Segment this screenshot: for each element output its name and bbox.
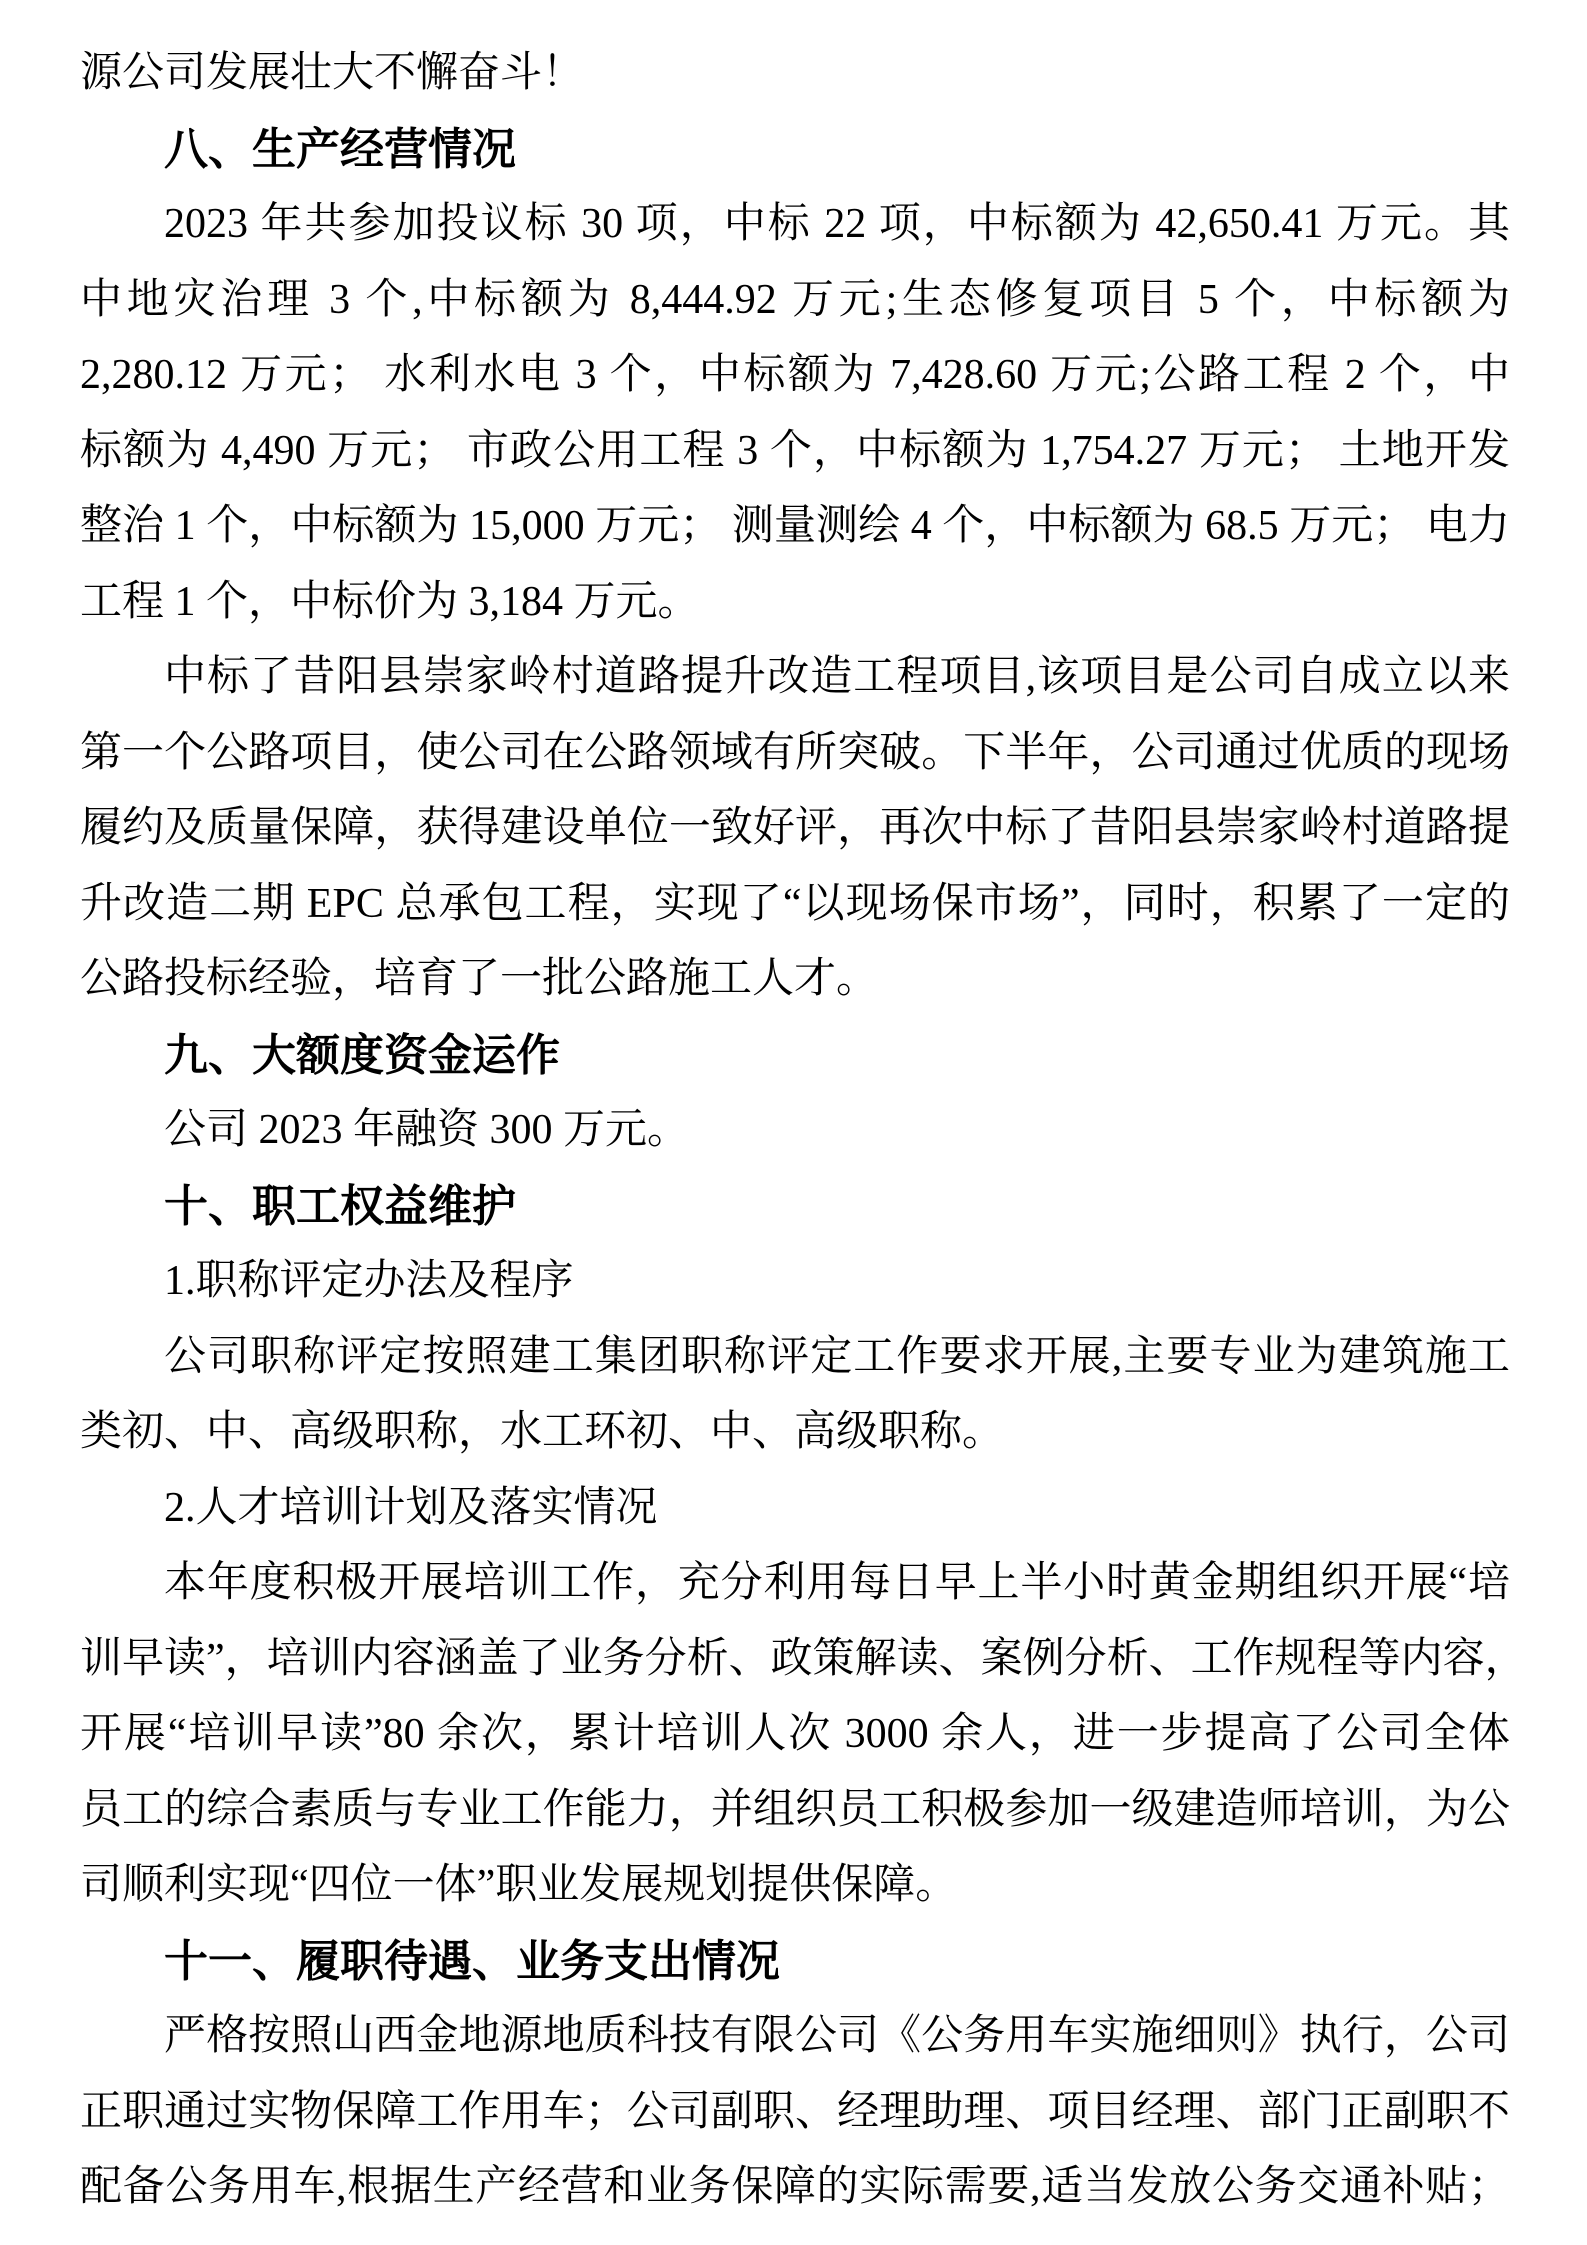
text-line: 第一个公路项目，使公司在公路领域有所突破。下半年，公司通过优质的现场 (80, 716, 1510, 792)
text-line: 2023 年共参加投议标 30 项，中标 22 项，中标额为 42,650.41… (80, 187, 1510, 263)
text-line: 履约及质量保障，获得建设单位一致好评，再次中标了昔阳县崇家岭村道路提 (80, 791, 1510, 867)
paragraph-title-evaluation-detail: 公司职称评定按照建工集团职称评定工作要求开展,主要专业为建筑施工 类初、中、高级… (80, 1320, 1510, 1471)
section-heading: 十、职工权益维护 (80, 1169, 1510, 1245)
text-line: 中地灾治理 3 个,中标额为 8,444.92 万元;生态修复项目 5 个，中标… (80, 263, 1510, 339)
text-line: 中标了昔阳县崇家岭村道路提升改造工程项目,该项目是公司自成立以来 (80, 640, 1510, 716)
paragraph-financing: 公司 2023 年融资 300 万元。 (80, 1093, 1510, 1169)
text-line: 2.人才培训计划及落实情况 (80, 1471, 1510, 1547)
subheading-talent-training: 2.人才培训计划及落实情况 (80, 1471, 1510, 1547)
section-heading: 十一、履职待遇、业务支出情况 (80, 1924, 1510, 2000)
text-line: 1.职称评定办法及程序 (80, 1244, 1510, 1320)
text-line: 升改造二期 EPC 总承包工程，实现了“以现场保市场”，同时，积累了一定的 (80, 867, 1510, 943)
text-line: 标额为 4,490 万元； 市政公用工程 3 个，中标额为 1,754.27 万… (80, 414, 1510, 490)
section-heading: 九、大额度资金运作 (80, 1018, 1510, 1094)
paragraph-bidding-results: 2023 年共参加投议标 30 项，中标 22 项，中标额为 42,650.41… (80, 187, 1510, 640)
text-line: 2,280.12 万元； 水利水电 3 个，中标额为 7,428.60 万元;公… (80, 338, 1510, 414)
text-line: 工程 1 个，中标价为 3,184 万元。 (80, 565, 1510, 641)
text-line: 类初、中、高级职称，水工环初、中、高级职称。 (80, 1395, 1510, 1471)
heading-section-10-employee-rights: 十、职工权益维护 (80, 1169, 1510, 1245)
text-block: 源公司发展壮大不懈奋斗！ 八、生产经营情况 2023 年共参加投议标 30 项，… (80, 36, 1510, 2226)
text-line: 开展“培训早读”80 余次，累计培训人次 3000 余人，进一步提高了公司全体 (80, 1697, 1510, 1773)
text-line: 源公司发展壮大不懈奋斗！ (80, 36, 1510, 112)
paragraph-continued-from-previous-page: 源公司发展壮大不懈奋斗！ (80, 36, 1510, 112)
subheading-title-evaluation: 1.职称评定办法及程序 (80, 1244, 1510, 1320)
text-line: 公司 2023 年融资 300 万元。 (80, 1093, 1510, 1169)
text-line: 配备公务用车,根据生产经营和业务保障的实际需要,适当发放公务交通补贴； (80, 2150, 1510, 2226)
text-line: 严格按照山西金地源地质科技有限公司《公务用车实施细则》执行，公司 (80, 1999, 1510, 2075)
text-line: 正职通过实物保障工作用车；公司副职、经理助理、项目经理、部门正副职不 (80, 2075, 1510, 2151)
paragraph-road-project: 中标了昔阳县崇家岭村道路提升改造工程项目,该项目是公司自成立以来 第一个公路项目… (80, 640, 1510, 1018)
text-line: 训早读”，培训内容涵盖了业务分析、政策解读、案例分析、工作规程等内容， (80, 1622, 1510, 1698)
section-heading: 八、生产经营情况 (80, 112, 1510, 188)
paragraph-official-vehicle-policy: 严格按照山西金地源地质科技有限公司《公务用车实施细则》执行，公司 正职通过实物保… (80, 1999, 1510, 2226)
text-line: 司顺利实现“四位一体”职业发展规划提供保障。 (80, 1848, 1510, 1924)
text-line: 员工的综合素质与专业工作能力，并组织员工积极参加一级建造师培训，为公 (80, 1773, 1510, 1849)
text-line: 公司职称评定按照建工集团职称评定工作要求开展,主要专业为建筑施工 (80, 1320, 1510, 1396)
paragraph-training-detail: 本年度积极开展培训工作，充分利用每日早上半小时黄金期组织开展“培 训早读”，培训… (80, 1546, 1510, 1924)
heading-section-9-large-fund-operation: 九、大额度资金运作 (80, 1018, 1510, 1094)
text-line: 本年度积极开展培训工作，充分利用每日早上半小时黄金期组织开展“培 (80, 1546, 1510, 1622)
text-line: 整治 1 个，中标额为 15,000 万元； 测量测绘 4 个，中标额为 68.… (80, 489, 1510, 565)
heading-section-11-duty-benefits-expenses: 十一、履职待遇、业务支出情况 (80, 1924, 1510, 2000)
text-line: 公路投标经验，培育了一批公路施工人才。 (80, 942, 1510, 1018)
document-page: 源公司发展壮大不懈奋斗！ 八、生产经营情况 2023 年共参加投议标 30 项，… (0, 0, 1587, 2245)
heading-section-8-production-operations: 八、生产经营情况 (80, 112, 1510, 188)
